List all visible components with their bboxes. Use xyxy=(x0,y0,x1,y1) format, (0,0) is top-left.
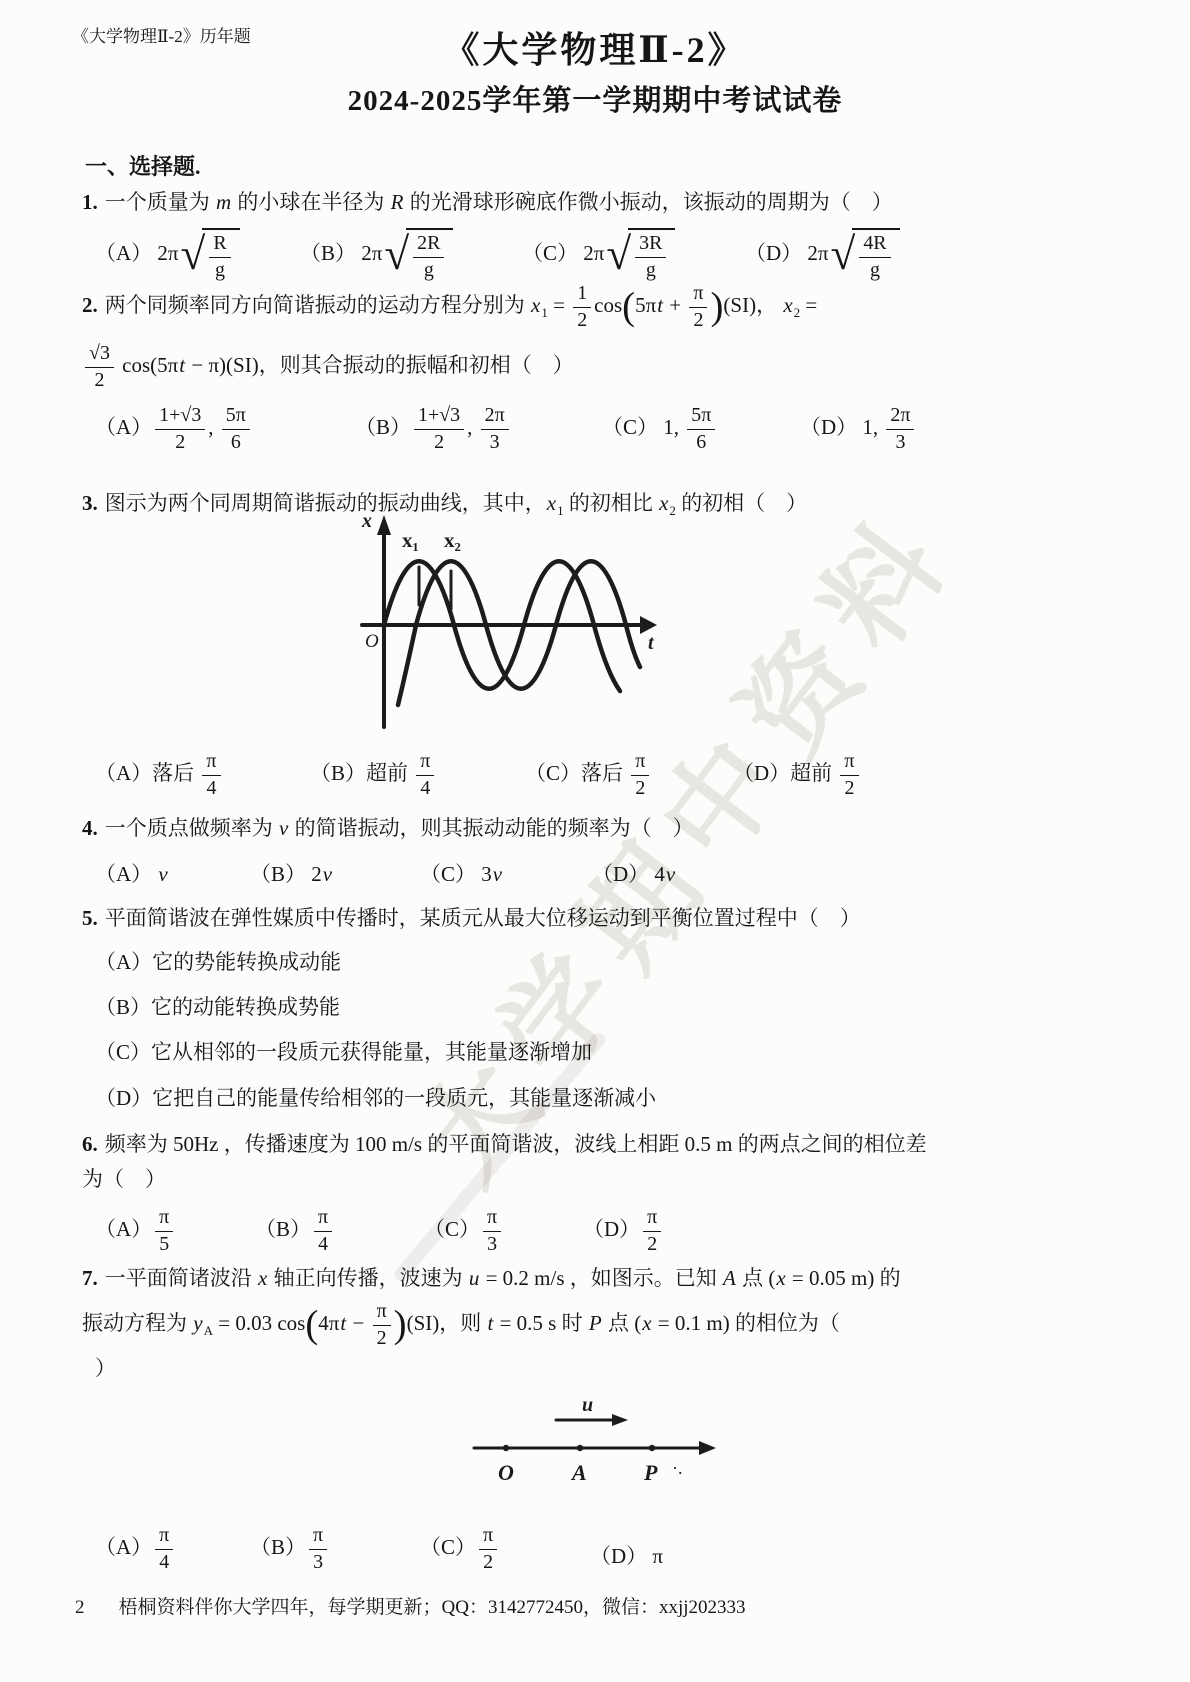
fraction-denominator: 2 xyxy=(85,368,114,393)
q7-point-o-label: O xyxy=(498,1460,514,1485)
fraction: π2 xyxy=(373,1300,391,1350)
q3-curve-x2 xyxy=(398,561,640,705)
fraction-denominator: 6 xyxy=(687,430,715,455)
big-paren: ) xyxy=(394,1303,407,1346)
q7-point-p-dot xyxy=(649,1445,655,1451)
math-variable-group: v xyxy=(665,862,676,886)
math-text: 1, xyxy=(857,415,883,439)
math-variable-group: m xyxy=(215,190,232,214)
text-segment: 两个同频率同方向简谐振动的运动方程分别为 xyxy=(105,293,530,317)
q6-option-d: （D）π2 xyxy=(583,1206,664,1256)
math-text: cos xyxy=(594,293,622,317)
q7-point-a-dot xyxy=(577,1445,583,1451)
q7-point-p-label: P xyxy=(643,1460,658,1485)
math-variable-group: t xyxy=(656,293,664,317)
fraction-numerator: R xyxy=(209,232,230,258)
text-segment: （B） xyxy=(250,1535,306,1559)
q3-option-b: （B）超前 π4 xyxy=(310,750,437,800)
math-variable: ν xyxy=(278,816,289,840)
text-segment: 的 xyxy=(874,1266,900,1290)
q1-option-b: （B） 2π√2Rg xyxy=(300,228,453,282)
page-title: 《大学物理Ⅱ-2》 xyxy=(0,22,1190,73)
fraction: π2 xyxy=(479,1524,497,1574)
fraction-denominator: 3 xyxy=(483,1232,501,1257)
math-text: 3 xyxy=(476,862,492,886)
question-6-text-line2: 为（ ） xyxy=(82,1167,166,1191)
text-segment: （D）超前 xyxy=(733,761,837,785)
math-text: 1, xyxy=(658,415,684,439)
math-variable: v xyxy=(157,862,168,886)
math-text: cos(5π xyxy=(117,353,178,377)
text-segment: 频率为 xyxy=(105,1132,173,1156)
radical: √Rg xyxy=(181,228,240,282)
text-segment: （C） xyxy=(424,1217,480,1241)
q7-wave-figure: u O A P ·. xyxy=(468,1396,728,1491)
math-text: 4 xyxy=(649,862,665,886)
question-7-number: 7. xyxy=(82,1266,98,1290)
question-2-stem-line2: √32 cos(5πt − π)(SI)，则其合振动的振幅和初相（ ） xyxy=(82,342,574,392)
math-variable-group: x1 xyxy=(530,293,548,317)
math-text: (SI) xyxy=(723,293,756,317)
q3-option-c: （C）落后 π2 xyxy=(525,750,652,800)
text-segment: 的简谐振动，则其振动动能的频率为（ ） xyxy=(289,816,693,840)
fraction-numerator: π xyxy=(643,1206,661,1232)
fraction: π4 xyxy=(416,750,434,800)
fraction: π4 xyxy=(202,750,220,800)
fraction-numerator: 2π xyxy=(481,404,509,430)
fraction: π2 xyxy=(643,1206,661,1256)
text-segment: （C） xyxy=(522,241,578,265)
fraction-denominator: 2 xyxy=(840,776,858,801)
math-variable: y xyxy=(192,1311,203,1335)
q6-option-c: （C）π3 xyxy=(424,1206,504,1256)
question-2-number: 2. xyxy=(82,293,98,317)
q1-option-a: （A） 2π√Rg xyxy=(95,228,240,282)
math-variable: x xyxy=(257,1266,268,1290)
text-segment: （A） xyxy=(95,241,152,265)
q3-curve2-label: x₂ xyxy=(444,528,461,552)
fraction-numerator: π xyxy=(840,750,858,776)
q7-option-d: （D） π xyxy=(590,1540,663,1570)
question-1-number: 1. xyxy=(82,190,98,214)
fraction-denominator: 2 xyxy=(643,1232,661,1257)
fraction-numerator: 4R xyxy=(859,232,890,258)
q4-option-a: （A） v xyxy=(95,858,169,888)
fraction-denominator: 5 xyxy=(155,1232,173,1257)
fraction-denominator: 4 xyxy=(202,776,220,801)
fraction-denominator: 2 xyxy=(479,1550,497,1575)
math-subscript: A xyxy=(204,1323,213,1338)
text-segment: 时 xyxy=(556,1311,588,1335)
fraction: 12 xyxy=(573,282,591,332)
math-variable: t xyxy=(656,293,664,317)
q5-option-c: （C）它从相邻的一段质元获得能量，其能量逐渐增加 xyxy=(95,1036,592,1066)
math-variable-group: R xyxy=(390,190,405,214)
radical: √3Rg xyxy=(606,228,675,282)
q7-u-label: u xyxy=(582,1396,593,1416)
math-variable-group: x xyxy=(775,1266,786,1290)
text-segment: （D） xyxy=(745,241,802,265)
question-5-number: 5. xyxy=(82,906,98,930)
fraction: 2π3 xyxy=(481,404,509,454)
text-segment: 点 xyxy=(603,1311,635,1335)
q5-option-d: （D）它把自己的能量传给相邻的一段质元，其能量逐渐减小 xyxy=(95,1082,656,1112)
q2-option-b: （B）1+√32, 2π3 xyxy=(355,404,512,454)
text-segment: 的初相（ ） xyxy=(676,491,807,515)
fraction-denominator: 3 xyxy=(309,1550,327,1575)
math-text: = 0.5 s xyxy=(494,1311,556,1335)
q2-option-d: （D） 1, 2π3 xyxy=(800,404,917,454)
fraction-denominator: 2 xyxy=(414,430,464,455)
math-text: , xyxy=(208,415,219,439)
math-text: 50Hz xyxy=(173,1132,219,1156)
text-segment: （D） xyxy=(592,862,649,886)
q3-y-axis-arrowhead xyxy=(377,515,391,535)
q4-option-b: （B） 2ν xyxy=(250,858,333,888)
text-segment: （A） xyxy=(95,1217,152,1241)
question-7-stem-line2: 振动方程为 yA = 0.03 cos(4πt − π2)(SI)，则 t = … xyxy=(82,1300,840,1350)
math-text: 100 m/s xyxy=(355,1132,422,1156)
section-heading: 一、选择题. xyxy=(85,150,201,181)
text-segment: （B） xyxy=(355,415,411,439)
q7-point-o-dot xyxy=(503,1445,509,1451)
q3-origin-label: O xyxy=(365,631,379,652)
fraction: π4 xyxy=(155,1524,173,1574)
text-segment: 一个质量为 xyxy=(105,190,215,214)
fraction-denominator: 4 xyxy=(314,1232,332,1257)
radical-body: 4Rg xyxy=(852,228,899,282)
text-segment: （A） xyxy=(95,862,152,886)
q7-extra-dot: ·. xyxy=(672,1458,683,1478)
fraction-numerator: π xyxy=(373,1300,391,1326)
fraction-numerator: π xyxy=(689,282,707,308)
fraction-numerator: 3R xyxy=(635,232,666,258)
text-segment: （A） xyxy=(95,415,152,439)
text-segment: 一个质点做频率为 xyxy=(105,816,278,840)
question-4-stem: 4.一个质点做频率为 ν 的简谐振动，则其振动动能的频率为（ ） xyxy=(82,812,694,842)
fraction-numerator: 5π xyxy=(687,404,715,430)
math-text: π xyxy=(647,1544,663,1568)
fraction-denominator: g xyxy=(209,258,230,283)
question-5-stem: 5.平面简谐波在弹性媒质中传播时，某质元从最大位移运动到平衡位置过程中（ ） xyxy=(82,902,861,932)
math-variable-group: v xyxy=(157,862,168,886)
q5-option-a: （A）它的势能转换成动能 xyxy=(95,946,341,976)
math-text: = 0.05 m) xyxy=(787,1266,875,1290)
q7-point-a-label: A xyxy=(570,1460,587,1485)
fraction-denominator: 2 xyxy=(689,308,707,333)
big-paren: ) xyxy=(710,285,723,328)
q7-u-arrowhead xyxy=(612,1414,628,1426)
q3-option-a: （A）落后 π4 xyxy=(95,750,224,800)
q6-option-a: （A）π5 xyxy=(95,1206,176,1256)
math-variable-group: P xyxy=(588,1311,603,1335)
q3-t-axis-label: t xyxy=(648,632,655,654)
math-variable: A xyxy=(722,1266,737,1290)
footer-page-number: 2 xyxy=(75,1597,85,1618)
text-segment: （B）超前 xyxy=(310,761,413,785)
text-segment: 轴正向传播，波速为 xyxy=(268,1266,468,1290)
text-segment: ，传播速度为 xyxy=(219,1132,356,1156)
question-6-text-line1: 频率为 50Hz ，传播速度为 100 m/s 的平面简谐波，波线上相距 0.5… xyxy=(105,1132,927,1156)
math-variable: R xyxy=(390,190,405,214)
text-segment: （D） xyxy=(583,1217,640,1241)
fraction-denominator: g xyxy=(859,258,890,283)
math-variable-group: x xyxy=(641,1311,652,1335)
math-variable: x xyxy=(641,1311,652,1335)
fraction-denominator: 4 xyxy=(416,776,434,801)
math-variable: t xyxy=(178,353,186,377)
fraction: 4Rg xyxy=(859,232,890,282)
math-variable: v xyxy=(665,862,676,886)
text-segment: 的两点之间的相位差 xyxy=(732,1132,926,1156)
q7-option-b: （B）π3 xyxy=(250,1524,330,1574)
math-variable-group: ν xyxy=(322,862,333,886)
q7-option-a: （A）π4 xyxy=(95,1524,176,1574)
math-text: = 0.03 cos xyxy=(213,1311,305,1335)
q1-option-d: （D） 2π√4Rg xyxy=(745,228,900,282)
fraction-numerator: π xyxy=(314,1206,332,1232)
math-text: 2 xyxy=(306,862,322,886)
fraction-numerator: π xyxy=(479,1524,497,1550)
question-1-text: 一个质量为 m 的小球在半径为 R 的光滑球形碗底作微小振动，该振动的周期为（ … xyxy=(105,190,893,214)
radical: √4Rg xyxy=(831,228,900,282)
text-segment: ， xyxy=(756,293,782,317)
math-text: 2π xyxy=(152,241,178,265)
fraction-denominator: 2 xyxy=(155,430,205,455)
question-2-text-line1: 两个同频率同方向简谐振动的运动方程分别为 x1 = 12cos(5πt + π2… xyxy=(105,293,818,317)
fraction: 5π6 xyxy=(687,404,715,454)
question-7-stem-line1: 7.一平面简诸波沿 x 轴正向传播，波速为 u = 0.2 m/s ，如图示。已… xyxy=(82,1262,901,1292)
radical-body: Rg xyxy=(202,228,239,282)
text-segment: 的小球在半径为 xyxy=(232,190,390,214)
fraction-denominator: 3 xyxy=(886,430,914,455)
text-segment: 的光滑球形碗底作微小振动，该振动的周期为（ ） xyxy=(405,190,893,214)
text-segment: （B） xyxy=(300,241,356,265)
fraction-numerator: 5π xyxy=(222,404,250,430)
q2-option-a: （A）1+√32, 5π6 xyxy=(95,404,253,454)
math-variable-group: u xyxy=(468,1266,481,1290)
question-7-text-line1: 一平面简诸波沿 x 轴正向传播，波速为 u = 0.2 m/s ，如图示。已知 … xyxy=(105,1266,901,1290)
question-6-stem-line2: 为（ ） xyxy=(82,1163,166,1193)
text-segment: 平面简谐波在弹性媒质中传播时，某质元从最大位移运动到平衡位置过程中（ ） xyxy=(105,906,861,930)
math-variable: u xyxy=(468,1266,481,1290)
page-footer: 2梧桐资料伴你大学四年，每学期更新；QQ：3142772450，微信：xxjj2… xyxy=(75,1592,746,1619)
fraction-numerator: π xyxy=(416,750,434,776)
question-4-text: 一个质点做频率为 ν 的简谐振动，则其振动动能的频率为（ ） xyxy=(105,816,694,840)
text-segment: 为（ ） xyxy=(82,1167,166,1191)
math-text: = 0.1 m) xyxy=(653,1311,730,1335)
text-segment: ，则其合振动的振幅和初相（ ） xyxy=(259,353,574,377)
math-variable: P xyxy=(588,1311,603,1335)
text-segment: 的相位为（ xyxy=(730,1311,840,1335)
q3-oscillation-figure: x t O x₁ x₂ xyxy=(352,505,672,740)
math-text: + xyxy=(664,293,686,317)
q7-axis-arrowhead xyxy=(699,1441,716,1455)
radical: √2Rg xyxy=(384,228,453,282)
fraction: π5 xyxy=(155,1206,173,1256)
q4-option-d: （D） 4v xyxy=(592,858,676,888)
math-text: 2π xyxy=(802,241,828,265)
q1-option-c: （C） 2π√3Rg xyxy=(522,228,675,282)
radical-body: 3Rg xyxy=(628,228,675,282)
fraction: π3 xyxy=(483,1206,501,1256)
fraction-numerator: 2R xyxy=(413,232,444,258)
fraction: π4 xyxy=(314,1206,332,1256)
question-7-stem-line3: ） xyxy=(95,1352,116,1382)
math-text: 2π xyxy=(578,241,604,265)
fraction: 2π3 xyxy=(886,404,914,454)
question-3-number: 3. xyxy=(82,491,98,515)
math-variable-group: ν xyxy=(278,816,289,840)
fraction: 3Rg xyxy=(635,232,666,282)
text-segment: 一平面简诸波沿 xyxy=(105,1266,257,1290)
text-segment: （C）落后 xyxy=(525,761,628,785)
text-segment: ，如图示。已知 xyxy=(565,1266,723,1290)
math-variable: x xyxy=(775,1266,786,1290)
text-segment: （B） xyxy=(255,1217,311,1241)
math-variable: ν xyxy=(322,862,333,886)
fraction: 1+√32 xyxy=(155,404,205,454)
math-text: − π)(SI) xyxy=(186,353,259,377)
math-variable: m xyxy=(215,190,232,214)
math-variable-group: A xyxy=(722,1266,737,1290)
fraction: √32 xyxy=(85,342,114,392)
question-6-number: 6. xyxy=(82,1132,98,1156)
text-segment: （C） xyxy=(420,1535,476,1559)
fraction: π2 xyxy=(840,750,858,800)
text-segment: 点 xyxy=(737,1266,769,1290)
q3-y-axis-label: x xyxy=(361,510,372,532)
big-paren: ( xyxy=(622,285,635,328)
math-text: = xyxy=(800,293,817,317)
fraction-numerator: 1 xyxy=(573,282,591,308)
math-variable: x xyxy=(782,293,793,317)
question-7-text-line2: 振动方程为 yA = 0.03 cos(4πt − π2)(SI)，则 t = … xyxy=(82,1311,840,1335)
math-variable: x xyxy=(530,293,541,317)
fraction-denominator: 2 xyxy=(573,308,591,333)
text-segment: （D） xyxy=(800,415,857,439)
math-text: = 0.2 m/s xyxy=(480,1266,564,1290)
text-segment: （A） xyxy=(95,1535,152,1559)
fraction-numerator: π xyxy=(155,1206,173,1232)
fraction-numerator: π xyxy=(631,750,649,776)
fraction: π3 xyxy=(309,1524,327,1574)
text-segment: （A）落后 xyxy=(95,761,199,785)
big-paren: ( xyxy=(305,1303,318,1346)
q3-curve1-label: x₁ xyxy=(402,528,419,552)
math-text: , xyxy=(467,415,478,439)
math-variable: v xyxy=(492,862,503,886)
fraction-numerator: π xyxy=(309,1524,327,1550)
fraction: π2 xyxy=(631,750,649,800)
fraction: 5π6 xyxy=(222,404,250,454)
fraction-denominator: g xyxy=(635,258,666,283)
text-segment: （B） xyxy=(250,862,306,886)
question-1-stem: 1.一个质量为 m 的小球在半径为 R 的光滑球形碗底作微小振动，该振动的周期为… xyxy=(82,186,893,216)
math-text: − xyxy=(347,1311,369,1335)
fraction-denominator: 2 xyxy=(373,1326,391,1351)
q5-option-b: （B）它的动能转换成势能 xyxy=(95,991,340,1021)
text-segment: ，则 xyxy=(439,1311,486,1335)
text-segment: （C） xyxy=(420,862,476,886)
math-variable-group: yA xyxy=(192,1311,213,1335)
math-text: = xyxy=(548,293,570,317)
question-5-text: 平面简谐波在弹性媒质中传播时，某质元从最大位移运动到平衡位置过程中（ ） xyxy=(105,906,861,930)
fraction-denominator: 6 xyxy=(222,430,250,455)
math-variable-group: v xyxy=(492,862,503,886)
page-subtitle: 2024-2025学年第一学期期中考试试卷 xyxy=(0,78,1190,119)
math-text: 4π xyxy=(318,1311,339,1335)
question-2-stem-line1: 2.两个同频率同方向简谐振动的运动方程分别为 x1 = 12cos(5πt + … xyxy=(82,282,817,332)
q6-option-b: （B）π4 xyxy=(255,1206,335,1256)
math-text: 2π xyxy=(356,241,382,265)
q3-option-d: （D）超前 π2 xyxy=(733,750,862,800)
fraction: 2Rg xyxy=(413,232,444,282)
question-6-stem-line1: 6.频率为 50Hz ，传播速度为 100 m/s 的平面简谐波，波线上相距 0… xyxy=(82,1128,927,1158)
math-text: 5π xyxy=(635,293,656,317)
fraction-numerator: 1+√3 xyxy=(414,404,464,430)
fraction-denominator: 2 xyxy=(631,776,649,801)
q4-option-c: （C） 3v xyxy=(420,858,503,888)
fraction-numerator: 2π xyxy=(886,404,914,430)
exam-page: 大学期中资料 《大学物理Ⅱ-2》历年题 《大学物理Ⅱ-2》 2024-2025学… xyxy=(0,0,1190,1682)
fraction: Rg xyxy=(209,232,230,282)
fraction-numerator: π xyxy=(483,1206,501,1232)
radical-body: 2Rg xyxy=(406,228,453,282)
fraction: π2 xyxy=(689,282,707,332)
math-variable-group: x xyxy=(257,1266,268,1290)
text-segment: 的平面简谐波，波线上相距 xyxy=(422,1132,685,1156)
question-2-text-line2: √32 cos(5πt − π)(SI)，则其合振动的振幅和初相（ ） xyxy=(82,353,574,377)
math-text: (SI) xyxy=(407,1311,440,1335)
q7-option-c: （C）π2 xyxy=(420,1524,500,1574)
math-variable-group: t xyxy=(178,353,186,377)
fraction: 1+√32 xyxy=(414,404,464,454)
fraction-numerator: π xyxy=(155,1524,173,1550)
fraction-numerator: π xyxy=(202,750,220,776)
fraction-denominator: 3 xyxy=(481,430,509,455)
math-variable-group: x2 xyxy=(782,293,800,317)
text-segment: （C） xyxy=(602,415,658,439)
fraction-denominator: g xyxy=(413,258,444,283)
footer-text: 梧桐资料伴你大学四年，每学期更新；QQ：3142772450，微信：xxjj20… xyxy=(119,1597,746,1618)
question-4-number: 4. xyxy=(82,816,98,840)
text-segment: 振动方程为 xyxy=(82,1311,192,1335)
q2-option-c: （C） 1, 5π6 xyxy=(602,404,718,454)
fraction-denominator: 4 xyxy=(155,1550,173,1575)
math-text: 0.5 m xyxy=(685,1132,733,1156)
text-segment: （D） xyxy=(590,1544,647,1568)
fraction-numerator: √3 xyxy=(85,342,114,368)
fraction-numerator: 1+√3 xyxy=(155,404,205,430)
